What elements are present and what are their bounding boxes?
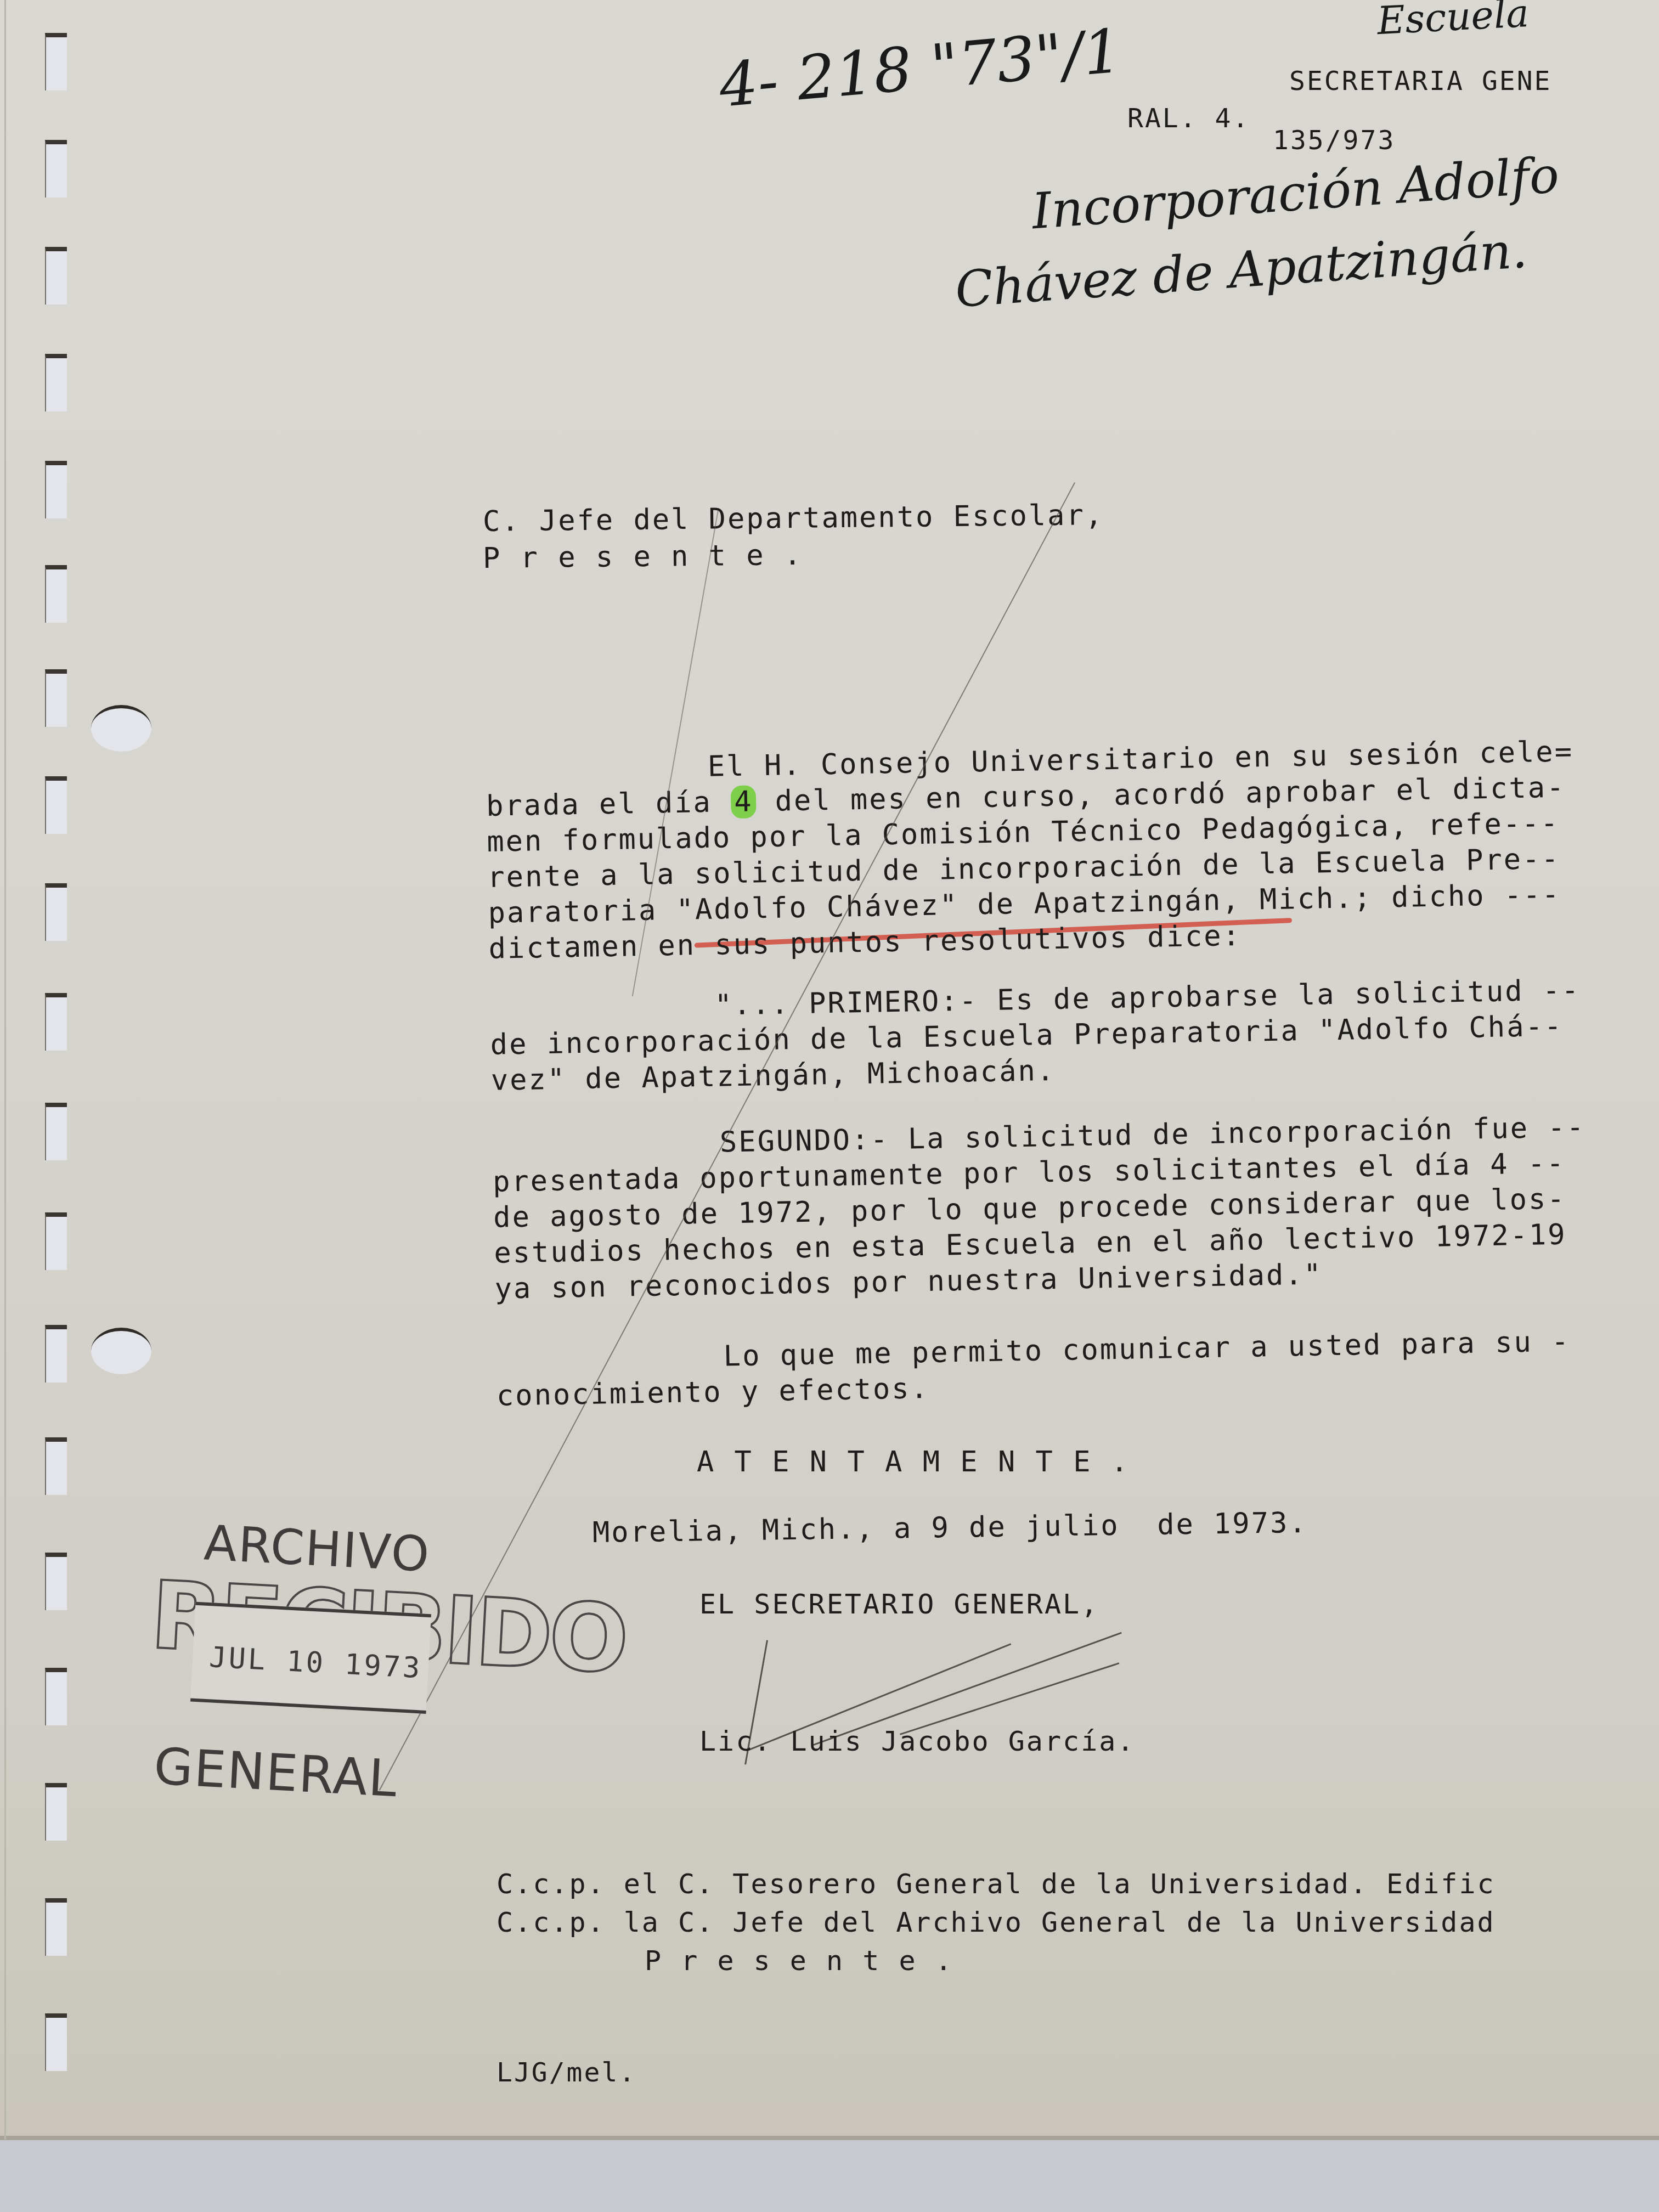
- stamp-bottom-text: GENERAL: [153, 1737, 399, 1808]
- binder-slot-hole: [45, 247, 67, 304]
- binder-slot-hole: [45, 883, 67, 941]
- office-header-cont: RAL. 4.: [1127, 103, 1250, 134]
- binder-slot-hole: [45, 2013, 67, 2071]
- binder-slot-hole: [45, 1668, 67, 1725]
- binder-slot-hole: [45, 461, 67, 518]
- salutation: A T E N T A M E N T E .: [697, 1446, 1130, 1479]
- typist-initials: LJG/mel.: [496, 2057, 636, 2088]
- addressee-line: C. Jefe del Departamento Escolar,: [483, 499, 1104, 538]
- binder-slot-hole: [45, 140, 67, 198]
- binder-slot-hole: [45, 565, 67, 623]
- binder-slot-hole: [45, 776, 67, 834]
- cc-line-treasurer: C.c.p. el C. Tesorero General de la Univ…: [496, 1868, 1496, 1900]
- binder-slot-hole: [45, 354, 67, 411]
- cc-line-archive: C.c.p. la C. Jefe del Archivo General de…: [496, 1906, 1496, 1938]
- addressee-presente: P r e s e n t e .: [483, 539, 803, 575]
- page-bottom-edge: [0, 2136, 1659, 2140]
- binder-slot-hole: [45, 1212, 67, 1270]
- binder-slot-hole: [45, 669, 67, 727]
- binder-slot-hole: [45, 993, 67, 1051]
- office-header: SECRETARIA GENE: [1289, 66, 1551, 97]
- received-stamp: ARCHIVO RECIBIDO JUL 10 1973 GENERAL: [117, 1494, 486, 1853]
- highlighted-day: 4: [731, 785, 757, 819]
- binder-slot-hole: [45, 1783, 67, 1841]
- background-surface: [0, 2140, 1659, 2212]
- binder-slot-hole: [45, 1898, 67, 1956]
- cc-presente: P r e s e n t e .: [645, 1945, 953, 1977]
- signatory-title: EL SECRETARIO GENERAL,: [699, 1588, 1099, 1620]
- page-left-edge: [4, 0, 6, 2140]
- binder-slot-hole: [45, 1325, 67, 1383]
- binder-slot-hole: [45, 1553, 67, 1610]
- binder-ring-hole: [91, 705, 151, 752]
- binder-slot-hole: [45, 33, 67, 91]
- document-number: 135/973: [1273, 125, 1395, 156]
- binder-ring-hole: [91, 1328, 151, 1374]
- binder-slot-hole: [45, 1103, 67, 1160]
- binder-slot-hole: [45, 1437, 67, 1495]
- signatory-name: Lic. Luis Jacobo García.: [699, 1725, 1135, 1757]
